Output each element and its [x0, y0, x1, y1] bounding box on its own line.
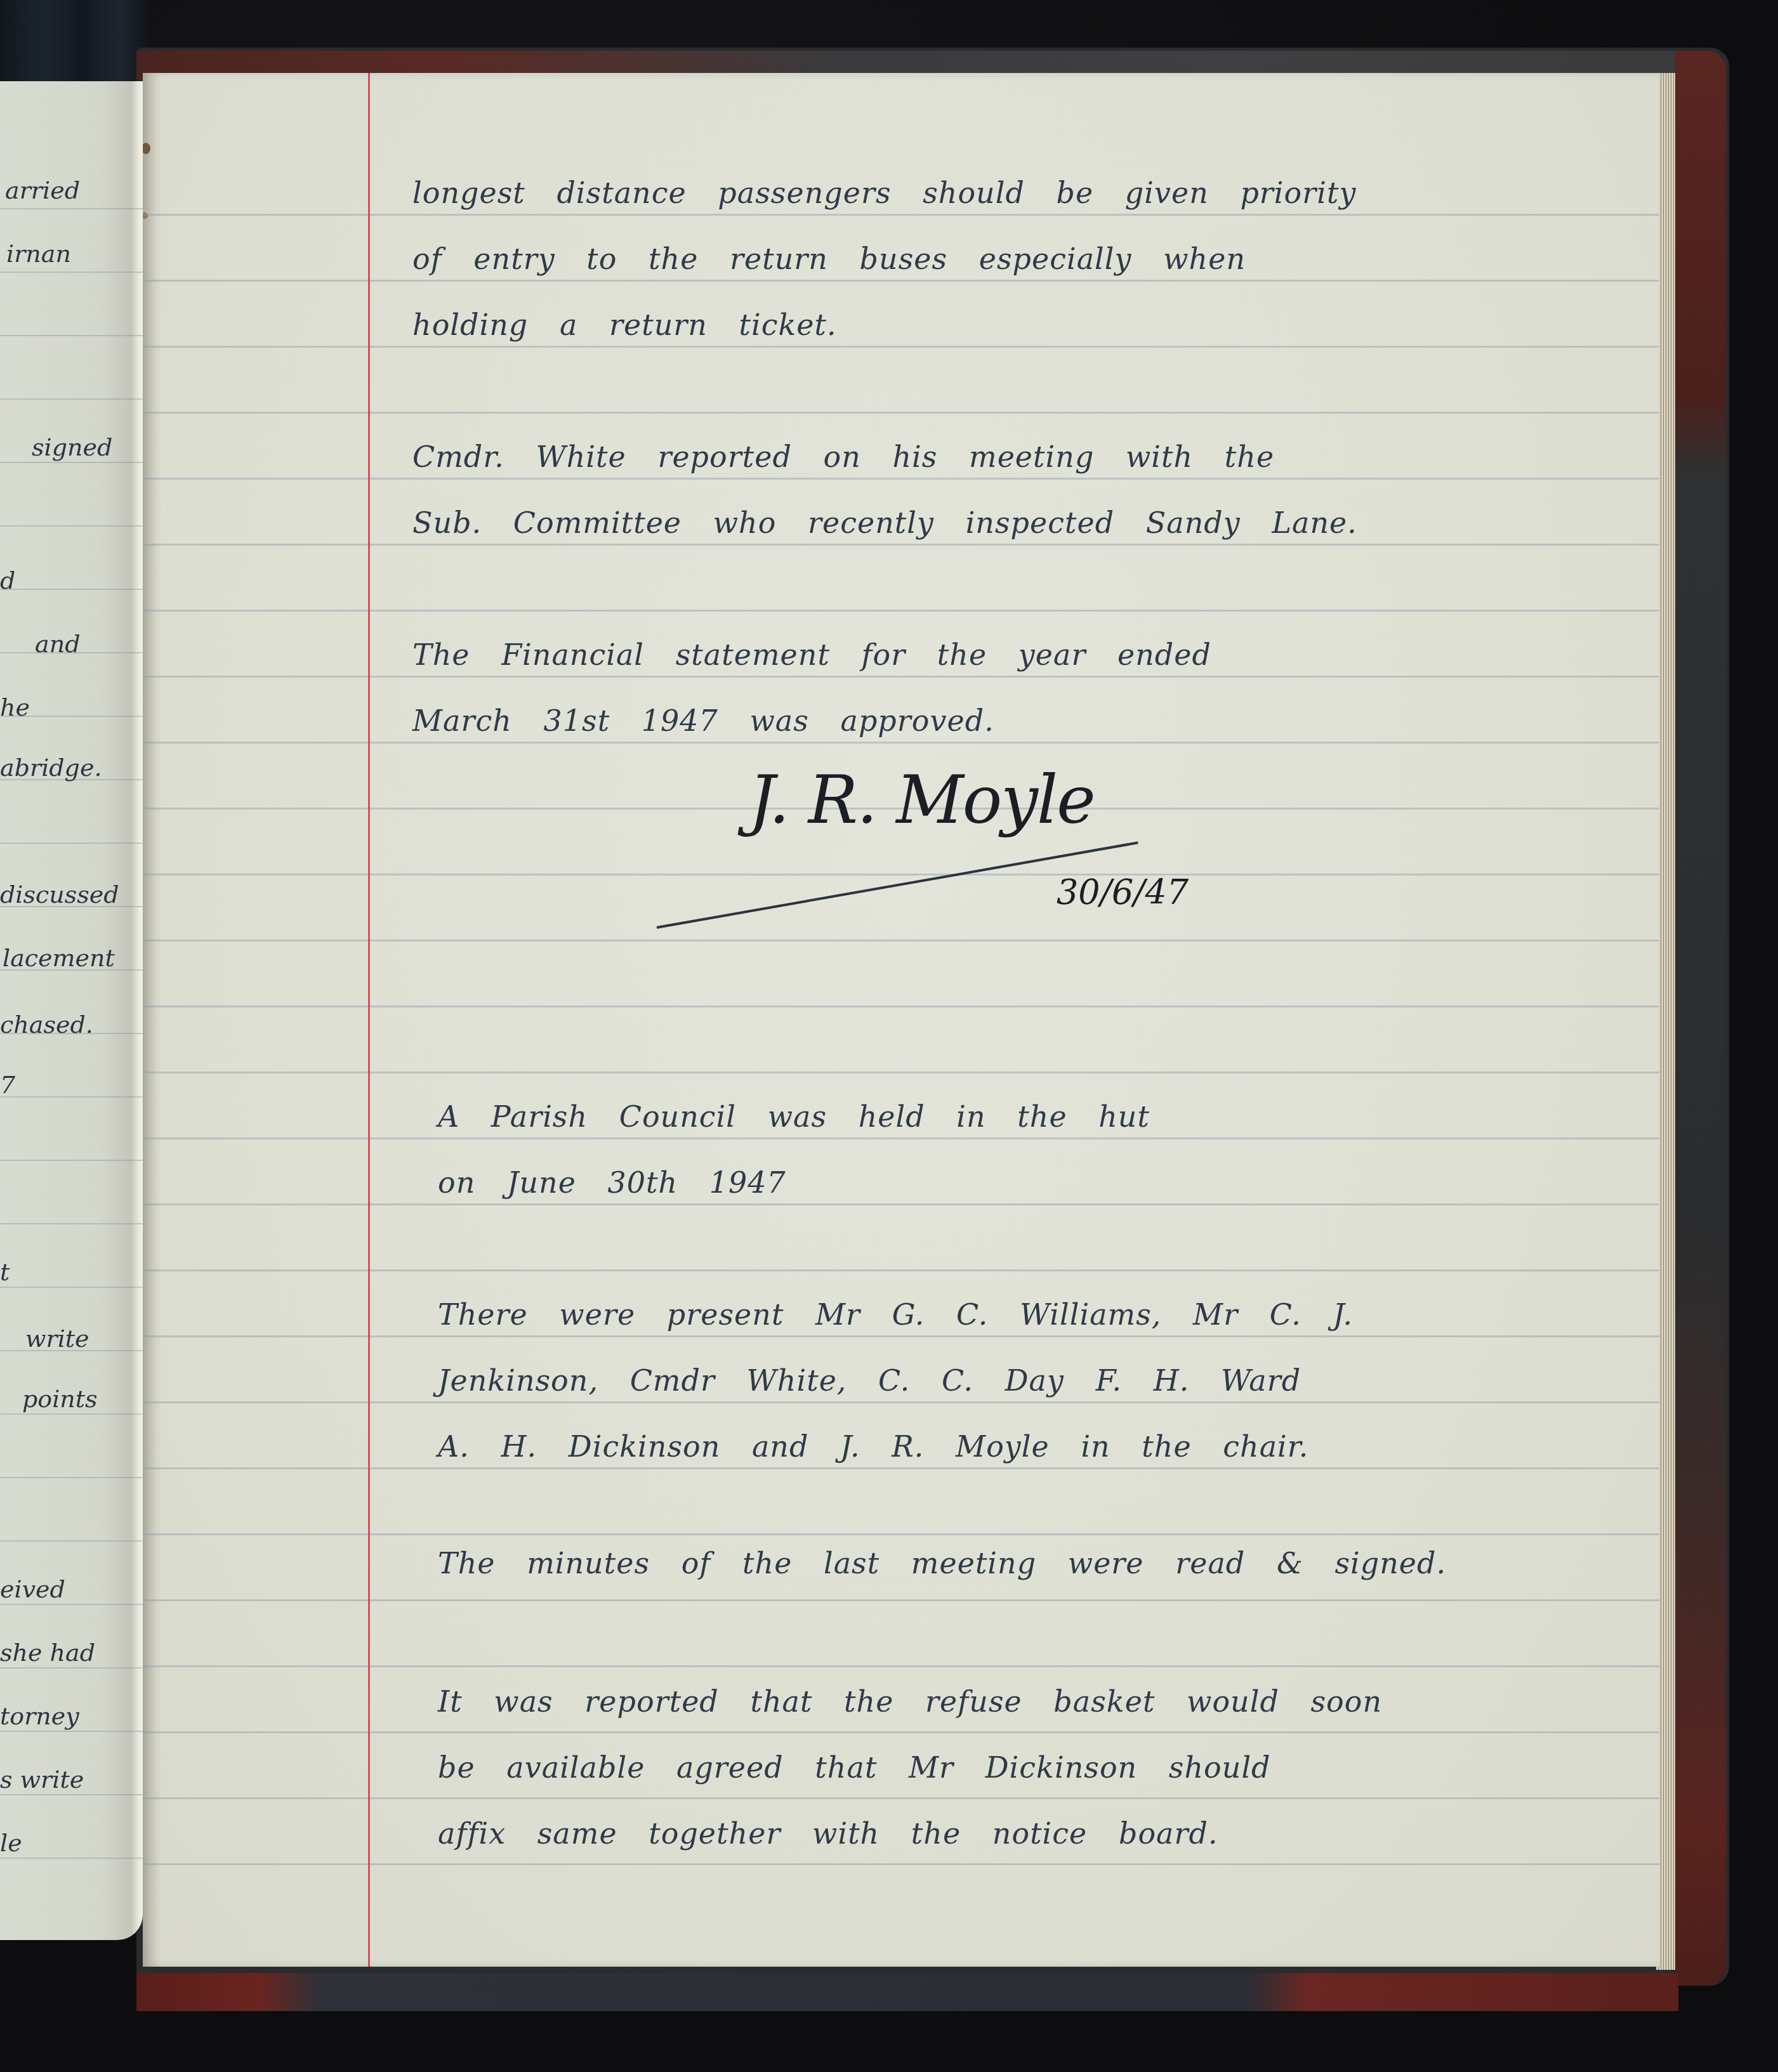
ruled-line: [143, 1335, 1659, 1337]
left-page-fragment: points: [22, 1385, 98, 1413]
ruled-line: [0, 1096, 143, 1098]
entry-present-line-2: Jenkinson, Cmdr White, C. C. Day F. H. W…: [438, 1363, 1301, 1398]
ruled-line: [0, 1604, 143, 1605]
ruled-line: [143, 610, 1659, 612]
ruled-line: [143, 1665, 1659, 1667]
ruled-line: [143, 478, 1659, 480]
ruled-line: [143, 544, 1659, 546]
ruled-line: [143, 1467, 1659, 1469]
ruled-line: [0, 1477, 143, 1478]
ruled-line: [0, 1731, 143, 1732]
ruled-line: [0, 1287, 143, 1288]
left-page-fragment: he: [0, 693, 30, 721]
ruled-line: [0, 208, 143, 209]
left-page-fragment: abridge.: [0, 754, 102, 782]
ruled-line: [143, 1072, 1659, 1073]
gutter-shadow: [143, 73, 162, 1967]
ruled-line: [143, 742, 1659, 744]
left-page: arried irnan signed d and he abridge. di…: [0, 81, 143, 1940]
ruled-line: [0, 1794, 143, 1795]
ruled-line: [143, 1731, 1659, 1733]
left-page-fragment: discussed: [0, 881, 119, 908]
left-page-fragment: and: [35, 630, 80, 658]
entry-financial-line-2: March 31st 1947 was approved.: [412, 704, 994, 738]
ruled-line: [0, 398, 143, 400]
entry-meeting-header-line-2: on June 30th 1947: [438, 1165, 786, 1200]
ruled-line: [0, 462, 143, 463]
ruled-line: [143, 1006, 1659, 1007]
ruled-line: [0, 1540, 143, 1542]
right-page: longest distance passengers should be gi…: [143, 73, 1659, 1967]
ruled-line: [143, 412, 1659, 414]
left-page-fragment: eived: [0, 1575, 65, 1603]
entry-present-line-1: There were present Mr G. C. Williams, Mr…: [438, 1297, 1353, 1332]
entry-financial-line-1: The Financial statement for the year end…: [412, 638, 1211, 672]
left-page-fragment: le: [0, 1829, 22, 1857]
ruled-line: [143, 1269, 1659, 1271]
entry-minutes-signed: The minutes of the last meeting were rea…: [438, 1546, 1446, 1580]
ruled-line: [0, 272, 143, 273]
left-page-fragment: chased.: [0, 1011, 93, 1039]
entry-present-line-3: A. H. Dickinson and J. R. Moyle in the c…: [438, 1429, 1308, 1464]
ruled-line: [143, 280, 1659, 282]
entry-sandy-lane-line-1: Cmdr. White reported on his meeting with…: [412, 440, 1274, 474]
ruled-line: [0, 335, 143, 336]
ruled-line: [0, 843, 143, 844]
cover-bottom-edge: [136, 1973, 1678, 2011]
ruled-line: [143, 1401, 1659, 1403]
ruled-line: [0, 1858, 143, 1859]
ruled-line: [143, 940, 1659, 941]
left-page-fragment: she had: [0, 1639, 95, 1667]
entry-bus-priority-line-2: of entry to the return buses especially …: [412, 242, 1246, 276]
ruled-line: [0, 1667, 143, 1669]
signature-date: 30/6/47: [1057, 872, 1189, 912]
left-page-fragment: write: [25, 1325, 89, 1353]
ruled-line: [143, 1203, 1659, 1205]
left-page-fragment: torney: [0, 1702, 79, 1730]
ruled-line: [143, 1533, 1659, 1535]
ruled-line: [0, 1160, 143, 1161]
left-page-fragment: t: [0, 1258, 10, 1286]
left-page-fragment: s write: [0, 1766, 84, 1793]
entry-refuse-basket-line-2: be available agreed that Mr Dickinson sh…: [438, 1750, 1271, 1785]
ruled-line: [143, 346, 1659, 348]
left-page-fragment: signed: [32, 433, 112, 461]
ruled-line: [143, 1797, 1659, 1799]
entry-refuse-basket-line-3: affix same together with the notice boar…: [438, 1816, 1218, 1851]
red-margin-rule: [368, 73, 370, 1967]
ruled-line: [143, 676, 1659, 678]
left-binding-strip: [0, 0, 149, 82]
left-page-fragment: 7: [0, 1071, 15, 1099]
left-page-fragment: lacement: [3, 944, 115, 972]
ruled-line: [0, 1413, 143, 1415]
ruled-line: [143, 214, 1659, 216]
chairman-signature: J. R. Moyle: [749, 761, 1095, 839]
ruled-line: [143, 874, 1659, 875]
ruled-line: [0, 1223, 143, 1224]
left-page-fragment: irnan: [6, 240, 71, 268]
ruled-line: [143, 1138, 1659, 1139]
left-page-fragment: arried: [5, 176, 80, 204]
left-page-fragment: d: [0, 567, 15, 594]
entry-refuse-basket-line-1: It was reported that the refuse basket w…: [438, 1684, 1382, 1719]
entry-meeting-header-line-1: A Parish Council was held in the hut: [438, 1099, 1150, 1134]
ruled-line: [0, 525, 143, 527]
entry-sandy-lane-line-2: Sub. Committee who recently inspected Sa…: [412, 506, 1357, 540]
ruled-line: [143, 1863, 1659, 1865]
entry-bus-priority-line-1: longest distance passengers should be gi…: [412, 176, 1356, 210]
entry-bus-priority-line-3: holding a return ticket.: [412, 308, 837, 342]
ruled-line: [0, 589, 143, 590]
cover-right-edge: [1675, 51, 1726, 1986]
ruled-line: [143, 1599, 1659, 1601]
